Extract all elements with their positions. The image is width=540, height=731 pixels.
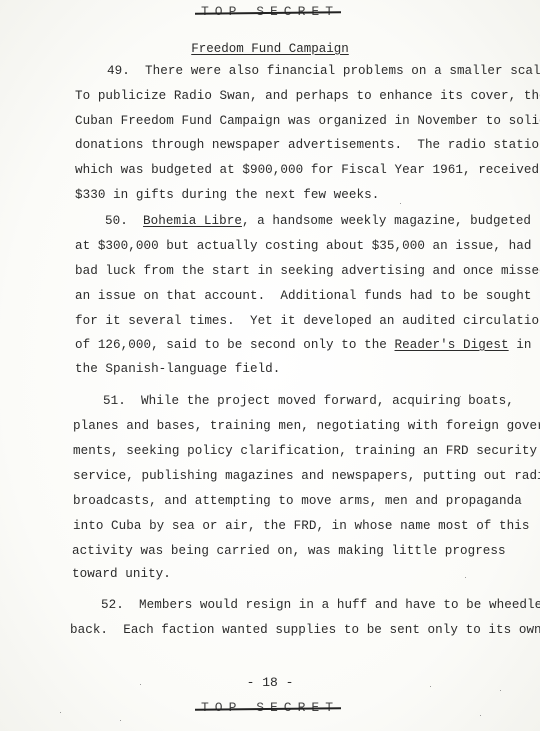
paragraph-52-line-1: 52. Members would resign in a huff and h… (101, 598, 540, 612)
paragraph-50-line-7: the Spanish-language field. (75, 362, 280, 376)
section-heading: Freedom Fund Campaign (0, 42, 540, 56)
section-heading-text: Freedom Fund Campaign (191, 42, 349, 56)
paragraph-number: 50. (105, 214, 128, 228)
scan-speck (460, 396, 461, 397)
classification-footer: TOP SECRET (0, 700, 540, 715)
paragraph-50-line-1: 50. Bohemia Libre, a handsome weekly mag… (105, 214, 531, 228)
paragraph-number: 52. (101, 598, 124, 612)
magazine-title-bohemia-libre: Bohemia Libre (143, 214, 242, 228)
paragraph-number: 51. (103, 394, 126, 408)
document-page: TOP SECRET Freedom Fund Campaign 49. The… (0, 0, 540, 731)
paragraph-50-line-6: of 126,000, said to be second only to th… (75, 338, 531, 352)
paragraph-49-line-1: 49. There were also financial problems o… (107, 64, 540, 78)
paragraph-number: 49. (107, 64, 130, 78)
scan-speck (430, 686, 431, 687)
classification-bottom-text: TOP SECRET (201, 700, 339, 715)
scan-speck (480, 715, 481, 716)
paragraph-51-line-3: ments, seeking policy clarification, tra… (73, 444, 537, 458)
scan-speck (400, 203, 401, 204)
paragraph-50-line-3: bad luck from the start in seeking adver… (75, 264, 540, 278)
scan-speck (120, 720, 121, 721)
scan-speck (465, 577, 466, 578)
paragraph-51-line-4: service, publishing magazines and newspa… (73, 469, 540, 483)
paragraph-51-line-2: planes and bases, training men, negotiat… (73, 419, 540, 433)
paragraph-50-line-5: for it several times. Yet it developed a… (75, 314, 540, 328)
paragraph-49-line-3: Cuban Freedom Fund Campaign was organize… (75, 114, 540, 128)
page-number: - 18 - (0, 675, 540, 690)
paragraph-51-line-8: toward unity. (72, 567, 171, 581)
paragraph-51-line-5: broadcasts, and attempting to move arms,… (73, 494, 522, 508)
paragraph-51-line-7: activity was being carried on, was makin… (72, 544, 506, 558)
classification-top-text: TOP SECRET (201, 4, 339, 19)
paragraph-50-line-4: an issue on that account. Additional fun… (75, 289, 531, 303)
magazine-title-readers-digest: Reader's Digest (395, 338, 509, 352)
paragraph-51-line-1: 51. While the project moved forward, acq… (103, 394, 514, 408)
scan-speck (140, 684, 141, 685)
paragraph-49-line-6: $330 in gifts during the next few weeks. (75, 188, 379, 202)
paragraph-50-line-2: at $300,000 but actually costing about $… (75, 239, 531, 253)
scan-speck (60, 712, 61, 713)
paragraph-49-line-4: donations through newspaper advertisemen… (75, 138, 540, 152)
paragraph-49-line-2: To publicize Radio Swan, and perhaps to … (75, 89, 540, 103)
scan-speck (470, 273, 471, 274)
paragraph-49-line-5: which was budgeted at $900,000 for Fisca… (75, 163, 539, 177)
scan-speck (500, 690, 501, 691)
paragraph-52-line-2: back. Each faction wanted supplies to be… (70, 623, 540, 637)
classification-header: TOP SECRET (0, 4, 540, 19)
paragraph-51-line-6: into Cuba by sea or air, the FRD, in who… (73, 519, 529, 533)
